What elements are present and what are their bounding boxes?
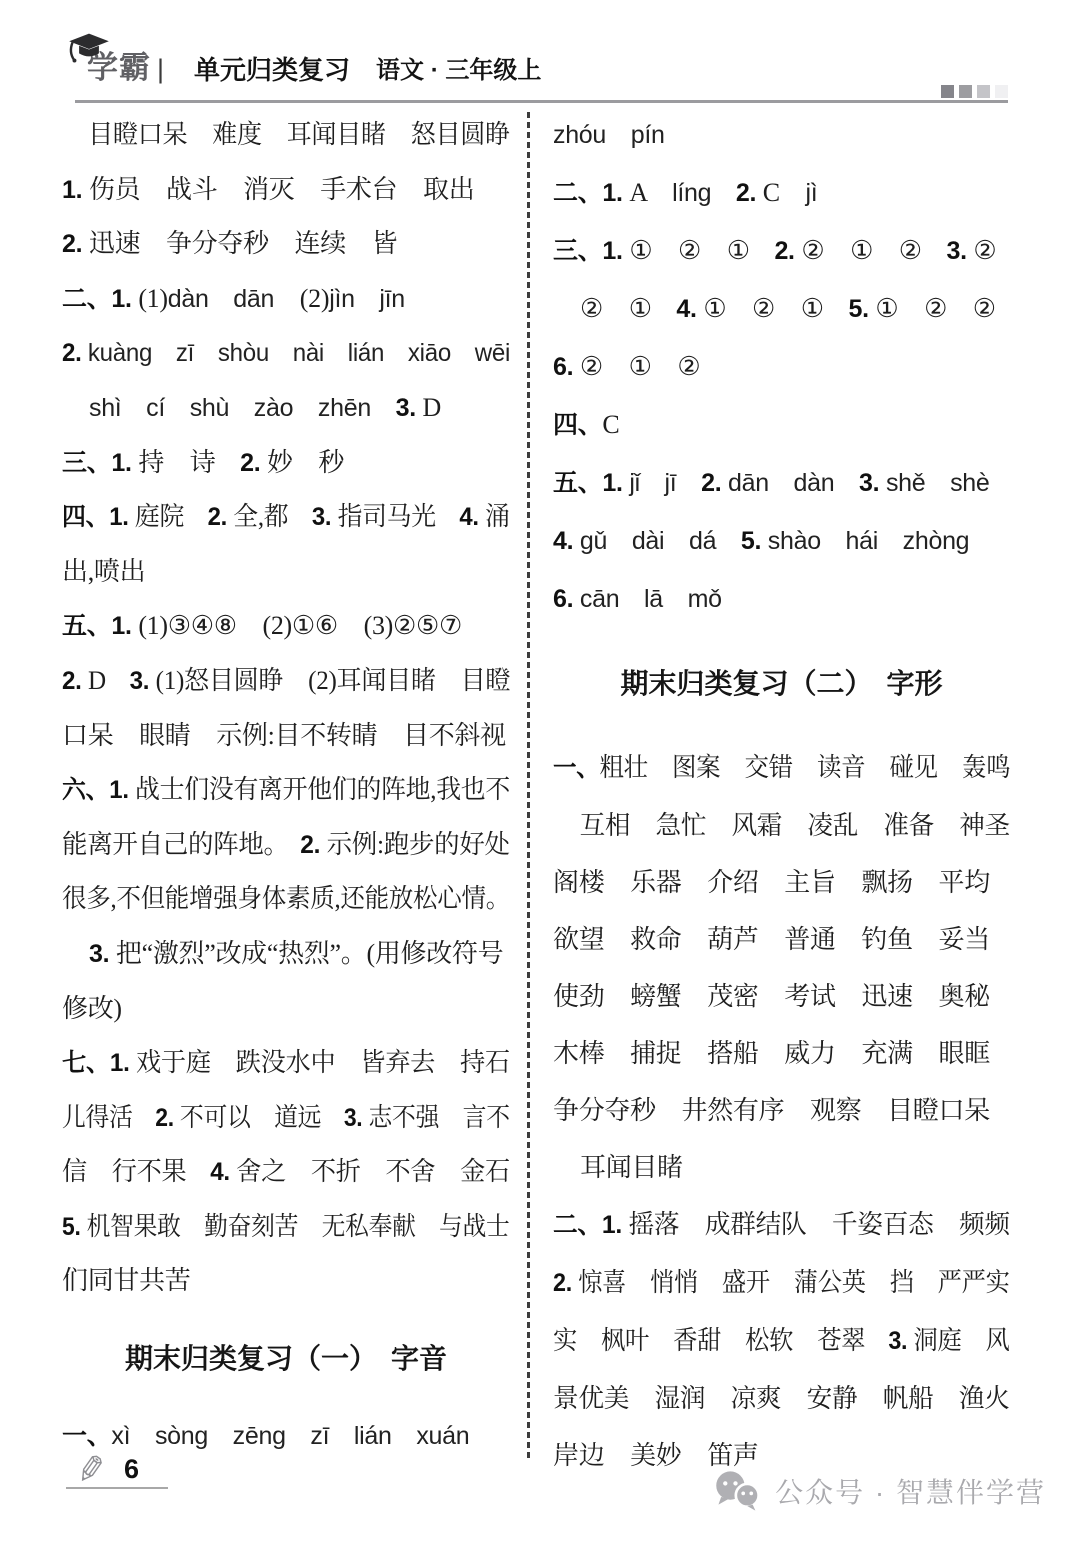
answer-line: 四、C — [553, 396, 1010, 454]
brand-logo: 学霸 | 单元归类复习 语文 · 三年级上 — [75, 52, 1010, 83]
answer-line: 实 枫叶 香甜 松软 苍翠 3. 洞庭 风 — [553, 1312, 980, 1370]
answer-line: 信 行不果 4. 舍之 不折 不舍 金石 — [62, 1145, 495, 1200]
page-header: 学霸 | 单元归类复习 语文 · 三年级上 — [75, 52, 1010, 102]
wechat-watermark: 公众号 · 智慧伴学营 — [713, 1470, 1046, 1512]
right-column: zhóu pín二、1. A líng 2. C jì三、1. ① ② ① 2.… — [553, 106, 1010, 1484]
answer-line: 2. D 3. (1)怒目圆睁 (2)耳闻目睹 目瞪 — [62, 654, 495, 709]
answer-line: 二、1. 摇落 成群结队 千姿百态 频频 — [553, 1196, 1005, 1254]
answer-line: 五、1. jǐ jī 2. dān dàn 3. shě shè — [553, 454, 1010, 512]
footer-rule — [66, 1487, 168, 1489]
answer-line: 耳闻目睹 — [553, 1139, 1010, 1196]
answer-line: 使劲 螃蟹 茂密 考试 迅速 奥秘 — [553, 968, 1010, 1025]
answer-line: ② ① 4. ① ② ① 5. ① ② ② — [553, 280, 1010, 338]
answer-line: 七、1. 戏于庭 跌没水中 皆弃去 持石 — [62, 1036, 496, 1091]
answer-line: 木棒 捕捉 搭船 威力 充满 眼眶 — [553, 1025, 1010, 1082]
answer-line: 四、1. 庭院 2. 全,都 3. 指司马光 4. 涌 — [62, 490, 490, 545]
wechat-icon — [713, 1470, 763, 1512]
answer-line: 三、1. 持 诗 2. 妙 秒 — [62, 436, 510, 491]
section-heading: 期末归类复习（一） 字音 — [62, 1309, 510, 1409]
answer-line: 2. 惊喜 悄悄 盛开 蒲公英 挡 严严实 — [553, 1254, 979, 1312]
answer-line: 争分夺秒 井然有序 观察 目瞪口呆 — [553, 1082, 1010, 1139]
answer-line: 阁楼 乐器 介绍 主旨 飘扬 平均 — [553, 854, 1010, 911]
answer-line: 儿得活 2. 不可以 道远 3. 志不强 言不 — [62, 1091, 472, 1146]
page-subtitle: 语文 · 三年级上 — [376, 59, 541, 83]
corner-decoration-squares — [941, 85, 1008, 98]
answer-line: 目瞪口呆 难度 耳闻目睹 怒目圆睁 — [62, 108, 495, 163]
answer-line: 景优美 湿润 凉爽 安静 帆船 渔火 — [553, 1370, 1004, 1427]
answer-line: 六、1. 战士们没有离开他们的阵地,我也不 — [62, 763, 491, 818]
answer-line: 6. ② ① ② — [553, 338, 1010, 396]
answer-line: 二、1. (1)dàn dān (2)jìn jīn — [62, 272, 510, 327]
answer-line: 们同甘共苦 — [62, 1254, 510, 1309]
answer-line: 6. cān lā mǒ — [553, 570, 1010, 628]
answer-line: 1. 伤员 战斗 消灭 手术台 取出 — [62, 163, 510, 218]
answer-line: 二、1. A líng 2. C jì — [553, 164, 1010, 222]
answer-line: 五、1. (1)③④⑧ (2)①⑥ (3)②⑤⑦ — [62, 599, 510, 654]
decoration-square — [977, 85, 990, 98]
footer-page-number-block: ✎ 6 — [66, 1452, 226, 1492]
answer-line: 2. 迅速 争分夺秒 连续 皆 — [62, 217, 510, 272]
answer-line: 3. 把“激烈”改成“热烈”。(用修改符号 — [62, 927, 510, 982]
decoration-square — [995, 85, 1008, 98]
left-column: 目瞪口呆 难度 耳闻目睹 怒目圆睁1. 伤员 战斗 消灭 手术台 取出2. 迅速… — [62, 108, 510, 1464]
section-heading: 期末归类复习（二） 字形 — [553, 628, 1010, 739]
logo-separator: | — [157, 56, 164, 83]
page-title: 单元归类复习 — [194, 57, 350, 83]
answer-line: 4. gǔ dài dá 5. shào hái zhòng — [553, 512, 1010, 570]
graduation-cap-icon — [67, 32, 111, 66]
answer-line: 很多,不但能增强身体素质,还能放松心情。 — [62, 872, 485, 927]
answer-line: 口呆 眼睛 示例:目不转睛 目不斜视 — [62, 709, 510, 764]
answer-line: 三、1. ① ② ① 2. ② ① ② 3. ② — [553, 222, 1010, 280]
answer-line: zhóu pín — [553, 106, 1010, 164]
answer-line: 一、粗壮 图案 交错 读音 碰见 轰鸣 — [553, 739, 983, 797]
column-divider — [527, 112, 530, 1460]
answer-line: 能离开自己的阵地。 2. 示例:跑步的好处 — [62, 818, 501, 873]
page-number: 6 — [124, 1454, 139, 1485]
decoration-square — [941, 85, 954, 98]
answer-line: 修改) — [62, 982, 510, 1037]
answer-line: 互相 急忙 风霜 凌乱 准备 神圣 — [553, 797, 1003, 854]
workbook-page: 学霸 | 单元归类复习 语文 · 三年级上 目瞪口呆 难度 耳闻目睹 怒目圆睁1… — [0, 0, 1080, 1544]
wechat-label: 公众号 · 智慧伴学营 — [775, 1471, 1046, 1511]
answer-line: 2. kuàng zī shòu nài lián xiāo wēi — [62, 326, 494, 381]
answer-line: 欲望 救命 葫芦 普通 钓鱼 妥当 — [553, 911, 1010, 968]
decoration-square — [959, 85, 972, 98]
answer-line: shì cí shù zào zhēn 3. D — [62, 381, 510, 436]
answer-line: 出,喷出 — [62, 545, 510, 600]
answer-line: 5. 机智果敢 勤奋刻苦 无私奉献 与战士 — [62, 1200, 472, 1255]
header-rule — [75, 100, 1008, 103]
